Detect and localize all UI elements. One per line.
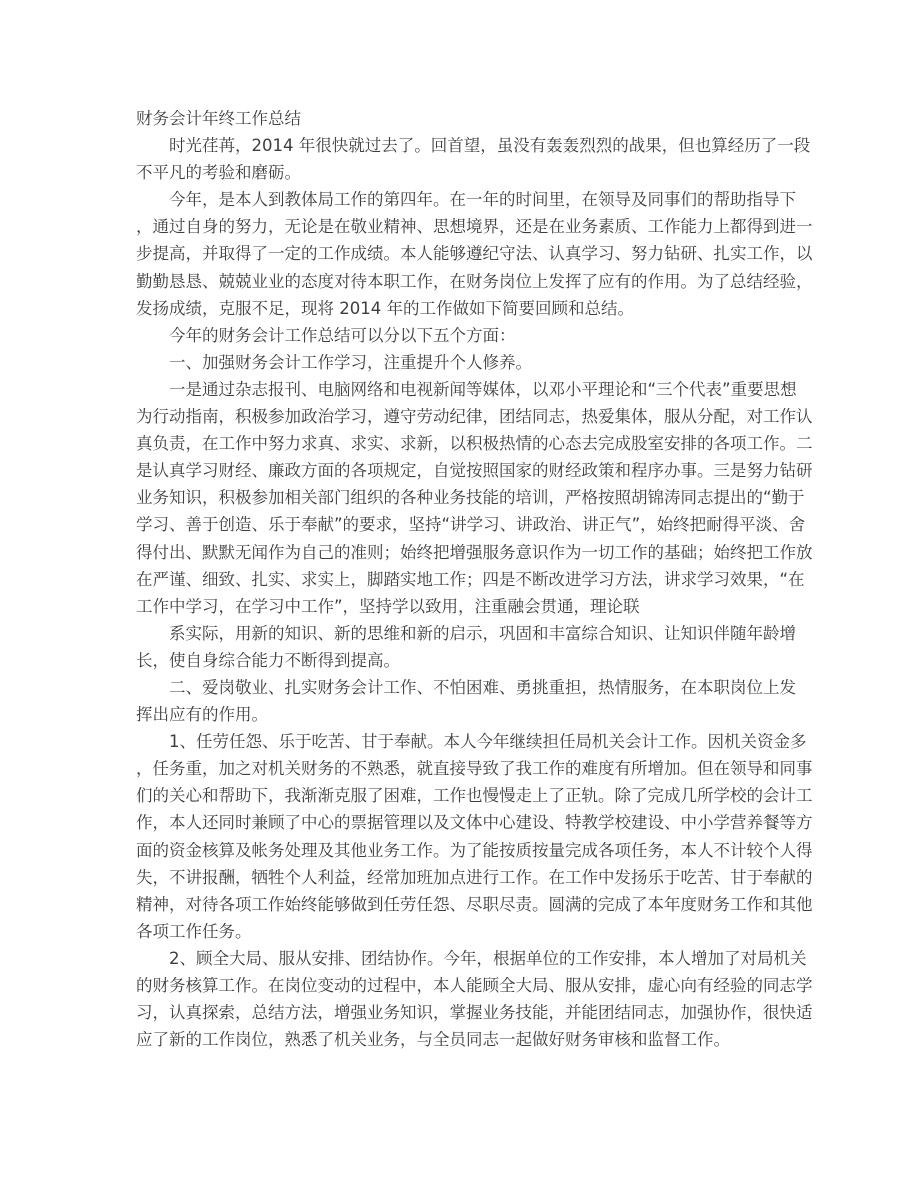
paragraph: 一是通过杂志报刊、电脑网络和电视新闻等媒体，以邓小平理论和“三个代表”重要思想为… (136, 376, 836, 620)
text-line: 习，认真探索，总结方法，增强业务知识，掌握业务技能，并能团结同志，加强协作，很快… (136, 999, 836, 1026)
text-line: 勤勤恳恳、兢兢业业的态度对待本职工作，在财务岗位上发挥了应有的作用。为了总结经验… (136, 268, 836, 295)
text-line: 精神，对待各项工作始终能够做到任劳任怨、尽职尽责。圆满的完成了本年度财务工作和其… (136, 891, 836, 918)
paragraph: 今年的财务会计工作总结可以分以下五个方面： (136, 322, 836, 349)
paragraph: 系实际，用新的知识、新的思维和新的启示，巩固和丰富综合知识、让知识伴随年龄增长，… (136, 620, 836, 674)
text-line: 是认真学习财经、廉政方面的各项规定，自觉按照国家的财经政策和程序办事。三是努力钻… (136, 457, 836, 484)
text-line: 作，本人还同时兼顾了中心的票据管理以及文体中心建设、特教学校建设、中小学营养餐等… (136, 809, 836, 836)
text-line: 为行动指南，积极参加政治学习，遵守劳动纪律，团结同志，热爱集体，服从分配，对工作… (136, 403, 836, 430)
text-line: 今年，是本人到教体局工作的第四年。在一年的时间里，在领导及同事们的帮助指导下 (136, 186, 836, 213)
paragraph: 今年，是本人到教体局工作的第四年。在一年的时间里，在领导及同事们的帮助指导下，通… (136, 186, 836, 321)
text-line: 一是通过杂志报刊、电脑网络和电视新闻等媒体，以邓小平理论和“三个代表”重要思想 (136, 376, 836, 403)
text-line: 时光荏苒，2014 年很快就过去了。回首望，虽没有轰轰烈烈的战果，但也算经历了一… (136, 132, 836, 159)
document-content: 财务会计年终工作总结时光荏苒，2014 年很快就过去了。回首望，虽没有轰轰烈烈的… (136, 105, 836, 1053)
text-line: 长，使自身综合能力不断得到提高。 (136, 647, 836, 674)
text-line: 业务知识，积极参加相关部门组织的各种业务技能的培训，严格按照胡锦涛同志提出的“勤… (136, 484, 836, 511)
text-line: 2、顾全大局、服从安排、团结协作。今年，根据单位的工作安排，本人增加了对局机关 (136, 945, 836, 972)
text-line: 们的关心和帮助下，我渐渐克服了困难，工作也慢慢走上了正轨。除了完成几所学校的会计… (136, 782, 836, 809)
text-line: ，任务重，加之对机关财务的不熟悉，就直接导致了我工作的难度有所增加。但在领导和同… (136, 755, 836, 782)
paragraph: 时光荏苒，2014 年很快就过去了。回首望，虽没有轰轰烈烈的战果，但也算经历了一… (136, 132, 836, 186)
text-line: 的财务核算工作。在岗位变动的过程中，本人能顾全大局、服从安排，虚心向有经验的同志… (136, 972, 836, 999)
text-line: 1、任劳任怨、乐于吃苦、甘于奉献。本人今年继续担任局机关会计工作。因机关资金多 (136, 728, 836, 755)
text-line: 发扬成绩，克服不足，现将 2014 年的工作做如下简要回顾和总结。 (136, 295, 836, 322)
paragraph: 2、顾全大局、服从安排、团结协作。今年，根据单位的工作安排，本人增加了对局机关的… (136, 945, 836, 1053)
text-line: ，通过自身的努力，无论是在敬业精神、思想境界，还是在业务素质、工作能力上都得到进… (136, 213, 836, 240)
text-line: 系实际，用新的知识、新的思维和新的启示，巩固和丰富综合知识、让知识伴随年龄增 (136, 620, 836, 647)
paragraph: 1、任劳任怨、乐于吃苦、甘于奉献。本人今年继续担任局机关会计工作。因机关资金多，… (136, 728, 836, 945)
text-line: 面的资金核算及帐务处理及其他业务工作。为了能按质按量完成各项任务，本人不计较个人… (136, 837, 836, 864)
text-line: 今年的财务会计工作总结可以分以下五个方面： (136, 322, 836, 349)
text-line: 不平凡的考验和磨砺。 (136, 159, 836, 186)
text-line: 得付出、默默无闻作为自己的准则；始终把增强服务意识作为一切工作的基础；始终把工作… (136, 539, 836, 566)
document-title: 财务会计年终工作总结 (136, 105, 836, 132)
text-line: 步提高，并取得了一定的工作成绩。本人能够遵纪守法、认真学习、努力钻研、扎实工作，… (136, 240, 836, 267)
text-line: 各项工作任务。 (136, 918, 836, 945)
text-line: 在严谨、细致、扎实、求实上，脚踏实地工作；四是不断改进学习方法，讲求学习效果，“… (136, 566, 836, 593)
title-line: 财务会计年终工作总结 (136, 105, 836, 132)
paragraph: 二、爱岗敬业、扎实财务会计工作、不怕困难、勇挑重担，热情服务，在本职岗位上发挥出… (136, 674, 836, 728)
text-line: 学习、善于创造、乐于奉献”的要求，坚持“讲学习、讲政治、讲正气”，始终把耐得平淡… (136, 511, 836, 538)
text-line: 挥出应有的作用。 (136, 701, 836, 728)
text-line: 工作中学习，在学习中工作”，坚持学以致用，注重融会贯通，理论联 (136, 593, 836, 620)
text-line: 应了新的工作岗位，熟悉了机关业务，与全员同志一起做好财务审核和监督工作。 (136, 1026, 836, 1053)
text-line: 二、爱岗敬业、扎实财务会计工作、不怕困难、勇挑重担，热情服务，在本职岗位上发 (136, 674, 836, 701)
text-line: 一、加强财务会计工作学习，注重提升个人修养。 (136, 349, 836, 376)
paragraph: 一、加强财务会计工作学习，注重提升个人修养。 (136, 349, 836, 376)
document-page: 财务会计年终工作总结时光荏苒，2014 年很快就过去了。回首望，虽没有轰轰烈烈的… (0, 0, 920, 1191)
text-line: 失，不讲报酬，牺牲个人利益，经常加班加点进行工作。在工作中发扬乐于吃苦、甘于奉献… (136, 864, 836, 891)
text-line: 真负责，在工作中努力求真、求实、求新，以积极热情的心态去完成股室安排的各项工作。… (136, 430, 836, 457)
